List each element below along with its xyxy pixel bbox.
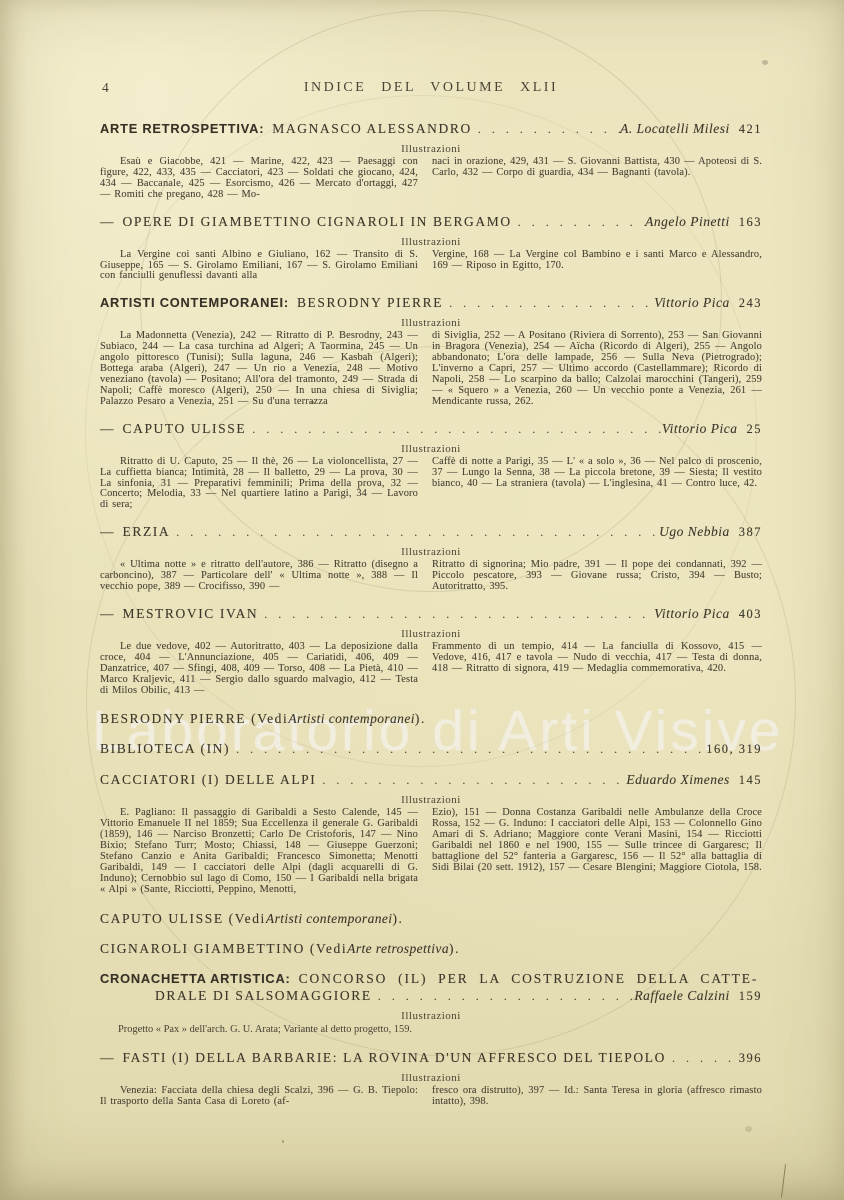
entry-title: BESRODNY PIERRE [297, 295, 443, 310]
entry-author: Vittorio Pica [662, 421, 738, 436]
dot-leader: . . . . . . . . . . . . . . . . . . . . [512, 215, 645, 230]
index-entry: ARTE RETROSPETTIVA: MAGNASCO ALESSANDRO … [100, 121, 762, 201]
illustrations-left-column: Esaù e Giacobbe, 421 — Marine, 422, 423 … [100, 157, 418, 201]
illustrations-left-column: E. Pagliano: Il passaggio di Garibaldi a… [100, 808, 418, 895]
illustrations-left-column: Venezia: Facciata della chiesa degli Sca… [100, 1086, 418, 1108]
entry-heading: — ERZIA . . . . . . . . . . . . . . . . … [100, 524, 762, 540]
illustrations-columns: E. Pagliano: Il passaggio di Garibaldi a… [100, 808, 762, 895]
index-cross-reference: BESRODNY PIERRE (Vedi Artisti contempora… [100, 711, 762, 726]
entry-heading: CACCIATORI (I) DELLE ALPI . . . . . . . … [100, 772, 762, 788]
entry-title: CACCIATORI (I) DELLE ALPI [100, 772, 316, 787]
entry-category: ARTISTI CONTEMPORANEI: [100, 295, 289, 310]
entry-title: BIBLIOTECA (IN) [100, 741, 230, 756]
index-entry: — CAPUTO ULISSE . . . . . . . . . . . . … [100, 421, 762, 512]
entry-page-ref: 159 [739, 989, 762, 1004]
illustrations-label: Illustrazioni [100, 1072, 762, 1084]
illustrations-left-column: La Vergine coi santi Albino e Giuliano, … [100, 250, 418, 283]
crossref-italic: Artisti contemporanei [266, 911, 393, 926]
crossref-text: ). [415, 711, 426, 726]
entry-page-ref: 145 [739, 773, 762, 788]
dot-leader: . . . . . . . . . . . . . . . . . . . . … [372, 989, 635, 1004]
entry-title: ERZIA [123, 524, 171, 539]
dot-leader: . . . . . . . . . . . . . . . . . . . . … [170, 525, 659, 540]
illustrations-right-column: Frammento di un tempio, 414 — La fanciul… [432, 642, 762, 697]
illustrations-right-column: Caffè di notte a Parigi, 35 — L' « a sol… [432, 457, 762, 512]
index-entry: CACCIATORI (I) DELLE ALPI . . . . . . . … [100, 772, 762, 895]
illustrations-left-column: Ritratto di U. Caputo, 25 — Il thè, 26 —… [100, 457, 418, 512]
entry-heading: — MESTROVIC IVAN . . . . . . . . . . . .… [100, 606, 762, 622]
crossref-italic: Artisti contemporanei [288, 711, 415, 726]
entry-title: CAPUTO ULISSE [123, 421, 247, 436]
index-entry: — MESTROVIC IVAN . . . . . . . . . . . .… [100, 606, 762, 697]
entry-dash: — [100, 1050, 114, 1065]
crossref-text: CAPUTO ULISSE (Vedi [100, 911, 266, 926]
illustrations-left-column: La Madonnetta (Venezia), 242 — Ritratto … [100, 331, 418, 407]
entry-category: CRONACHETTA ARTISTICA: [100, 971, 291, 986]
entry-author: Eduardo Ximenes [626, 772, 729, 787]
illustrations-left-column: « Ultima notte » e ritratto dell'autore,… [100, 560, 418, 593]
entry-dash: — [100, 214, 114, 229]
paper-speck [745, 1126, 752, 1132]
illustrations-label: Illustrazioni [100, 443, 762, 455]
entry-heading: — FASTI (I) DELLA BARBARIE: LA ROVINA D'… [100, 1050, 762, 1066]
crossref-italic: Arte retrospettiva [347, 941, 449, 956]
index-entry: — ERZIA . . . . . . . . . . . . . . . . … [100, 524, 762, 593]
illustrations-right-column: naci in orazione, 429, 431 — S. Giovanni… [432, 157, 762, 201]
entry-heading: BESRODNY PIERRE (Vedi Artisti contempora… [100, 711, 762, 726]
illustrations-single-line: Progetto « Pax » dell'arch. G. U. Arata;… [100, 1024, 762, 1035]
index-entry: — FASTI (I) DELLA BARBARIE: LA ROVINA D'… [100, 1050, 762, 1108]
entry-dash: — [100, 524, 114, 539]
entry-title: MAGNASCO ALESSANDRO [272, 121, 472, 136]
entry-author: Vittorio Pica [654, 295, 730, 310]
crossref-text: ). [449, 941, 460, 956]
index-cross-reference: CAPUTO ULISSE (Vedi Artisti contemporane… [100, 911, 762, 926]
entry-author: Raffaele Calzini [634, 988, 729, 1003]
entry-heading: ARTE RETROSPETTIVA: MAGNASCO ALESSANDRO … [100, 121, 762, 137]
crossref-text: ). [392, 911, 403, 926]
illustrations-columns: La Vergine coi santi Albino e Giuliano, … [100, 250, 762, 283]
entry-heading: — OPERE DI GIAMBETTINO CIGNAROLI IN BERG… [100, 214, 762, 230]
index-entry: ARTISTI CONTEMPORANEI: BESRODNY PIERRE .… [100, 295, 762, 407]
entry-title: OPERE DI GIAMBETTINO CIGNAROLI IN BERGAM… [123, 214, 512, 229]
entry-author: A. Locatelli Milesi [620, 121, 730, 136]
index-entry: — OPERE DI GIAMBETTINO CIGNAROLI IN BERG… [100, 214, 762, 283]
index-entry: BIBLIOTECA (IN) . . . . . . . . . . . . … [100, 741, 762, 757]
page-header: 4 INDICE DEL VOLUME XLII [100, 80, 762, 98]
scanned-book-page: { "colors": { "paper": "#e9e2ba", "ink":… [0, 0, 844, 1200]
illustrations-columns: Ritratto di U. Caputo, 25 — Il thè, 26 —… [100, 457, 762, 512]
paper-speck [282, 1140, 284, 1143]
entry-page-ref: 421 [739, 122, 762, 137]
dot-leader: . . . . . . . . . . . . . . . . . . . . … [258, 607, 654, 622]
illustrations-right-column: Ezio), 151 — Donna Costanza Garibaldi ne… [432, 808, 762, 895]
entry-author: Vittorio Pica [654, 606, 730, 621]
illustrations-columns: Esaù e Giacobbe, 421 — Marine, 422, 423 … [100, 157, 762, 201]
entry-heading: CIGNAROLI GIAMBETTINO (Vedi Arte retrosp… [100, 941, 762, 956]
crossref-text: CIGNAROLI GIAMBETTINO (Vedi [100, 941, 347, 956]
entry-page-ref: 387 [739, 525, 762, 540]
illustrations-label: Illustrazioni [100, 317, 762, 329]
illustrations-label: Illustrazioni [100, 546, 762, 558]
entry-title: CONCORSO (IL) PER LA COSTRUZIONE DELLA C… [299, 971, 759, 986]
entry-page-ref: 163 [739, 215, 762, 230]
paper-scratch [781, 1164, 786, 1198]
illustrations-label: Illustrazioni [100, 143, 762, 155]
entry-title-continued: DRALE DI SALSOMAGGIORE [155, 988, 372, 1003]
index-page: 4 INDICE DEL VOLUME XLII ARTE RETROSPETT… [0, 0, 844, 1108]
entry-page-ref: 25 [747, 422, 763, 437]
entry-heading: CAPUTO ULISSE (Vedi Artisti contemporane… [100, 911, 762, 926]
entry-title: MESTROVIC IVAN [123, 606, 259, 621]
entry-heading: ARTISTI CONTEMPORANEI: BESRODNY PIERRE .… [100, 295, 762, 311]
entry-heading: BIBLIOTECA (IN) . . . . . . . . . . . . … [100, 741, 762, 757]
illustrations-right-column: Vergine, 168 — La Vergine col Bambino e … [432, 250, 762, 283]
illustrations-right-column: fresco ora distrutto), 397 — Id.: Santa … [432, 1086, 762, 1108]
page-title: INDICE DEL VOLUME XLII [100, 80, 762, 96]
entry-title: FASTI (I) DELLA BARBARIE: LA ROVINA D'UN… [123, 1050, 666, 1065]
entry-dash: — [100, 606, 114, 621]
illustrations-label: Illustrazioni [100, 1010, 762, 1022]
entry-page-ref: 403 [739, 607, 762, 622]
illustrations-label: Illustrazioni [100, 794, 762, 806]
entry-category: ARTE RETROSPETTIVA: [100, 121, 264, 136]
entry-page-ref: 396 [739, 1051, 762, 1066]
page-number: 4 [102, 80, 109, 96]
dot-leader: . . . . . . . . . . . . . . . . . . . . … [246, 422, 662, 437]
illustrations-right-column: Ritratto di signorina; Mio padre, 391 — … [432, 560, 762, 593]
dot-leader: . . . . . . . . . . . . . . . . . . . . … [316, 773, 626, 788]
dot-leader: . . . . . . . . . . . . . . . . . . . . [472, 122, 620, 137]
entry-author: Angelo Pinetti [645, 214, 730, 229]
illustrations-label: Illustrazioni [100, 628, 762, 640]
dot-leader: . . . . . . . . [666, 1051, 739, 1066]
entry-page-ref: 160, 319 [706, 742, 762, 757]
illustrations-label: Illustrazioni [100, 236, 762, 248]
illustrations-columns: Venezia: Facciata della chiesa degli Sca… [100, 1086, 762, 1108]
illustrations-columns: La Madonnetta (Venezia), 242 — Ritratto … [100, 331, 762, 407]
illustrations-left-column: Le due vedove, 402 — Autoritratto, 403 —… [100, 642, 418, 697]
dot-leader: . . . . . . . . . . . . . . . . . . . . … [230, 742, 706, 757]
index-entry: CRONACHETTA ARTISTICA: CONCORSO (IL) PER… [100, 971, 762, 1035]
entry-page-ref: 243 [739, 296, 762, 311]
illustrations-columns: Le due vedove, 402 — Autoritratto, 403 —… [100, 642, 762, 697]
crossref-text: BESRODNY PIERRE (Vedi [100, 711, 288, 726]
dot-leader: . . . . . . . . . . . . . . . . . . . . … [443, 296, 654, 311]
entry-heading-line2: DRALE DI SALSOMAGGIORE . . . . . . . . .… [100, 988, 762, 1004]
entry-dash: — [100, 421, 114, 436]
entry-author: Ugo Nebbia [659, 524, 730, 539]
index-cross-reference: CIGNAROLI GIAMBETTINO (Vedi Arte retrosp… [100, 941, 762, 956]
illustrations-right-column: di Siviglia, 252 — A Positano (Riviera d… [432, 331, 762, 407]
entry-heading-line1: CRONACHETTA ARTISTICA: CONCORSO (IL) PER… [100, 971, 762, 986]
illustrations-columns: « Ultima notte » e ritratto dell'autore,… [100, 560, 762, 593]
entry-heading: — CAPUTO ULISSE . . . . . . . . . . . . … [100, 421, 762, 437]
